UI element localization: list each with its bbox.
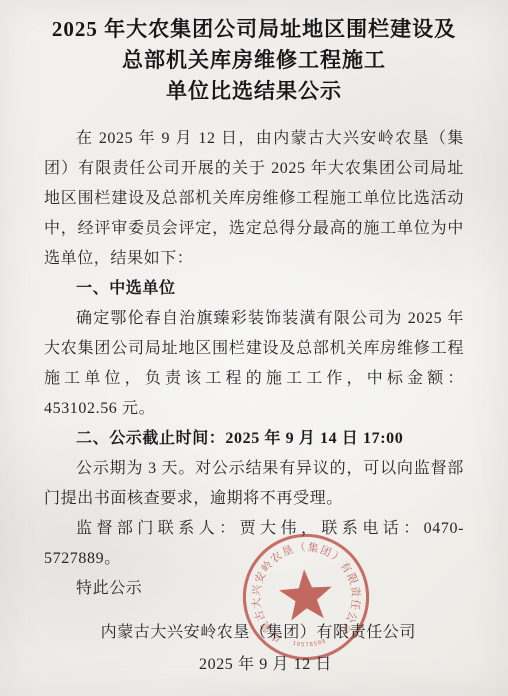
paragraph-closing: 特此公示 <box>44 574 464 604</box>
section-heading-winner: 一、中选单位 <box>44 274 464 304</box>
title-line-3: 单位比选结果公示 <box>44 76 464 107</box>
notice-document: 2025 年大农集团公司局址地区围栏建设及 总部机关库房维修工程施工 单位比选结… <box>0 0 508 696</box>
title-line-1: 2025 年大农集团公司局址地区围栏建设及 <box>44 14 464 45</box>
title-line-2: 总部机关库房维修工程施工 <box>44 45 464 76</box>
signature-block: 内蒙古大兴安岭农垦（集团）有限责任公司 2025 年 9 月 12 日 <box>44 617 464 681</box>
signature-date: 2025 年 9 月 12 日 <box>44 649 464 681</box>
document-body: 在 2025 年 9 月 12 日，由内蒙古大兴安岭农垦（集团）有限责任公司开展… <box>44 124 464 604</box>
paragraph-objection: 公示期为 3 天。对公示结果有异议的，可以向监督部门提出书面核查要求，逾期将不再… <box>44 454 464 514</box>
document-title: 2025 年大农集团公司局址地区围栏建设及 总部机关库房维修工程施工 单位比选结… <box>44 14 464 107</box>
paragraph-winner-detail: 确定鄂伦春自治旗臻彩装饰装潢有限公司为 2025 年大农集团公司局址地区围栏建设… <box>44 304 464 424</box>
signature-company: 内蒙古大兴安岭农垦（集团）有限责任公司 <box>44 617 464 649</box>
paragraph-contact: 监督部门联系人：贾大伟，联系电话：0470-5727889。 <box>44 514 464 574</box>
paragraph-intro: 在 2025 年 9 月 12 日，由内蒙古大兴安岭农垦（集团）有限责任公司开展… <box>44 124 464 274</box>
section-heading-deadline: 二、公示截止时间：2025 年 9 月 14 日 17:00 <box>44 424 464 454</box>
